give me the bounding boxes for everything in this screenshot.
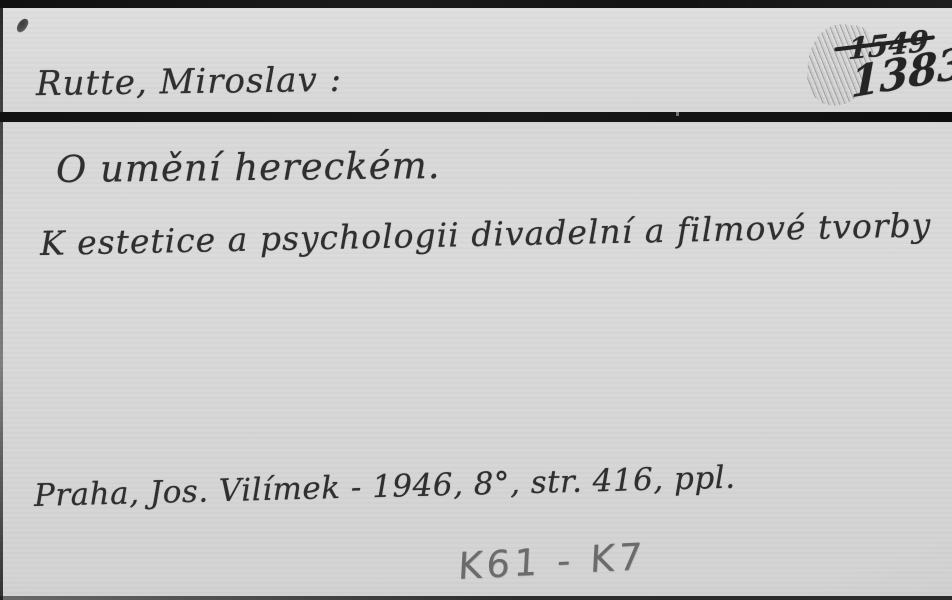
left-edge-shadow — [0, 8, 3, 600]
author-heading: Rutte, Miroslav : — [36, 60, 343, 104]
title: O umění hereckém. — [56, 144, 441, 191]
divider-rule — [0, 112, 952, 122]
top-edge-bar — [0, 0, 952, 8]
divider-notch — [676, 112, 679, 116]
catalog-card: Rutte, Miroslav : 1549 1383 O umění here… — [0, 0, 952, 600]
ink-dot — [15, 17, 30, 34]
subtitle: K estetice a psychologii divadelní a fil… — [40, 205, 932, 263]
imprint-line: Praha, Jos. Vilímek - 1946, 8°, str. 416… — [34, 460, 736, 514]
pencil-shelfmark: K61 - K7 — [457, 535, 647, 588]
bottom-edge-bar — [0, 596, 952, 600]
